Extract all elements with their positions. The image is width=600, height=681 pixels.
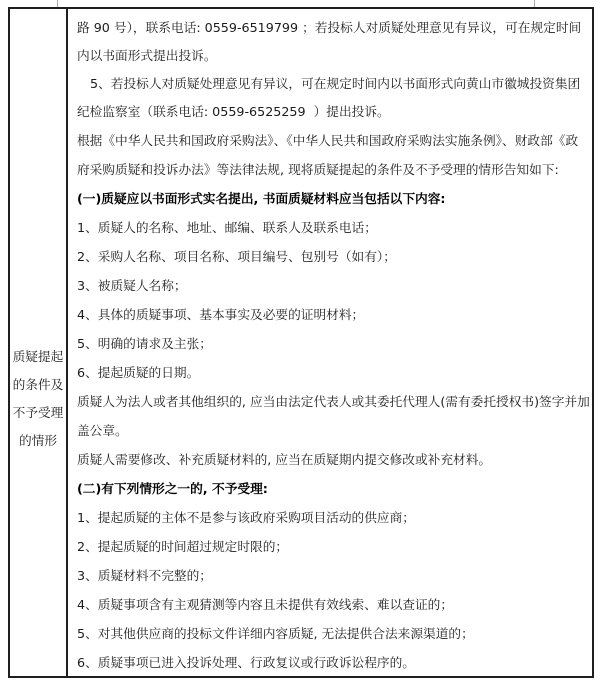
paragraph: 6、提起质疑的日期。 [77, 358, 590, 387]
paragraph: (一)质疑应以书面形式实名提出, 书面质疑材料应当包括以下内容: [77, 184, 590, 213]
table-remnant-tick [57, 0, 58, 7]
paragraph: 5、对其他供应商的投标文件详细内容质疑, 无法提供合法来源渠道的； [77, 619, 590, 648]
label-line: 的情形 [19, 427, 57, 455]
row1-content-cell: 路 90 号），联系电话: 0559-6519799 ；若投标人对质疑处理意见有… [68, 9, 592, 121]
label-line: 不予受理 [13, 399, 64, 427]
paragraph: 3、被质疑人名称； [77, 271, 590, 300]
row2-label-cell: 质疑提起的条件及不予受理的情形 [10, 121, 68, 676]
paragraph: 5、若投标人对质疑处理意见有异议，可在规定时间内以书面形式向黄山市徽城投资集团纪… [77, 70, 590, 121]
paragraph: 3、质疑材料不完整的； [77, 561, 590, 590]
paragraph: 2、提起质疑的时间超过规定时限的； [77, 532, 590, 561]
table-remnant-tick [534, 0, 535, 7]
paragraph: 1、提起质疑的主体不是参与该政府采购项目活动的供应商； [77, 503, 590, 532]
paragraph: 2、采购人名称、项目名称、项目编号、包别号（如有）； [77, 242, 590, 271]
paragraph: 1、质疑人的名称、地址、邮编、联系人及联系电话； [77, 213, 590, 242]
row2-content-cell: 根据《中华人民共和国政府采购法》、《中华人民共和国政府采购法实施条例》、财政部《… [68, 121, 592, 676]
paragraph: 4、具体的质疑事项、基本事实及必要的证明材料； [77, 300, 590, 329]
document-page: 路 90 号），联系电话: 0559-6519799 ；若投标人对质疑处理意见有… [0, 0, 600, 681]
paragraph: 路 90 号），联系电话: 0559-6519799 ；若投标人对质疑处理意见有… [77, 14, 590, 70]
complaint-conditions-table: 路 90 号），联系电话: 0559-6519799 ；若投标人对质疑处理意见有… [8, 7, 594, 678]
paragraph: 5、明确的请求及主张； [77, 329, 590, 358]
row1-label-cell [10, 9, 68, 121]
paragraph: 4、质疑事项含有主观猜测等内容且未提供有效线索、难以查证的； [77, 590, 590, 619]
paragraph: 根据《中华人民共和国政府采购法》、《中华人民共和国政府采购法实施条例》、财政部《… [77, 126, 590, 184]
paragraph: (二)有下列情形之一的, 不予受理: [77, 474, 590, 503]
label-line: 的条件及 [13, 371, 64, 399]
paragraph: 质疑人需要修改、补充质疑材料的, 应当在质疑期内提交修改或补充材料。 [77, 445, 590, 474]
paragraph: 6、质疑事项已进入投诉处理、行政复议或行政诉讼程序的。 [77, 648, 590, 676]
paragraph: 质疑人为法人或者其他组织的, 应当由法定代表人或其委托代理人(需有委托授权书)签… [77, 387, 590, 445]
label-line: 质疑提起 [13, 343, 64, 371]
